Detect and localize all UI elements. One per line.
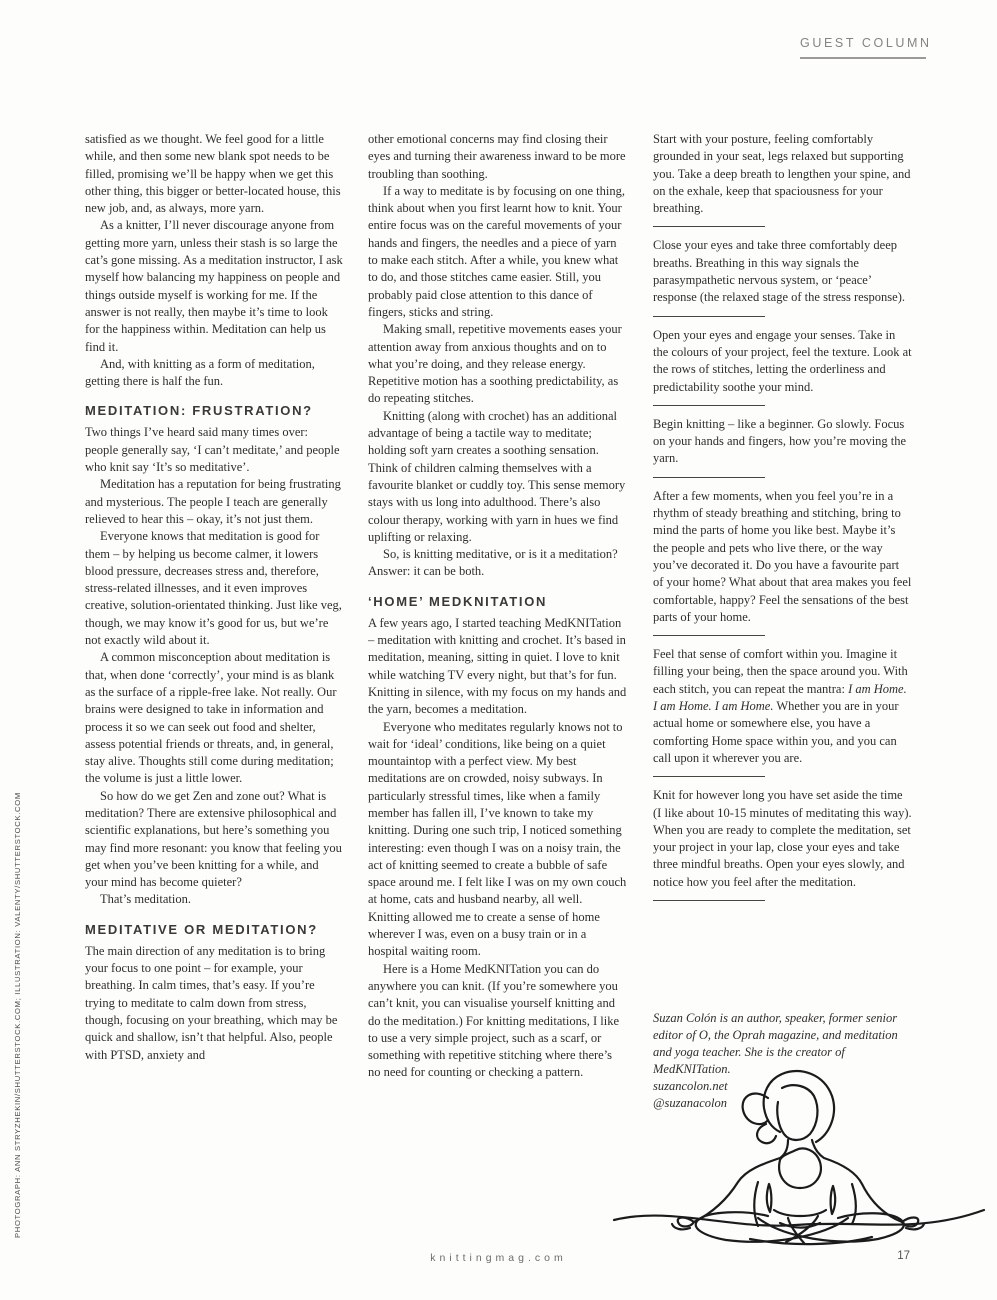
footer-website: knittingmag.com [0, 1252, 997, 1264]
body-paragraph: Here is a Home MedKNITation you can do a… [368, 961, 627, 1082]
body-paragraph: A common misconception about meditation … [85, 649, 344, 787]
section-heading: ‘HOME’ MEDKNITATION [368, 594, 627, 610]
body-paragraph: Start with your posture, feeling comfort… [653, 131, 912, 217]
body-paragraph: satisfied as we thought. We feel good fo… [85, 131, 344, 217]
body-paragraph: So, is knitting meditative, or is it a m… [368, 546, 627, 581]
body-paragraph: Open your eyes and engage your senses. T… [653, 327, 912, 396]
body-paragraph: Meditation has a reputation for being fr… [85, 476, 344, 528]
paragraph-divider [653, 226, 765, 227]
paragraph-divider [653, 635, 765, 636]
body-paragraph: Two things I’ve heard said many times ov… [85, 424, 344, 476]
body-paragraph: other emotional concerns may find closin… [368, 131, 627, 183]
section-header-label: GUEST COLUMN [800, 36, 932, 50]
section-heading: MEDITATION: FRUSTRATION? [85, 403, 344, 419]
body-paragraph: The main direction of any meditation is … [85, 943, 344, 1064]
meditation-illustration [610, 1062, 990, 1250]
body-paragraph: If a way to meditate is by focusing on o… [368, 183, 627, 321]
section-heading: MEDITATIVE OR MEDITATION? [85, 922, 344, 938]
article-column-2: other emotional concerns may find closin… [368, 131, 627, 1253]
body-paragraph: And, with knitting as a form of meditati… [85, 356, 344, 391]
paragraph-divider [653, 776, 765, 777]
body-paragraph: Feel that sense of comfort within you. I… [653, 646, 912, 767]
paragraph-divider [653, 316, 765, 317]
magazine-page: GUEST COLUMN PHOTOGRAPH: ANN STRYZHEKIN/… [0, 0, 997, 1300]
meditating-woman-drawing [610, 1062, 990, 1250]
body-paragraph: Close your eyes and take three comfortab… [653, 237, 912, 306]
body-paragraph: As a knitter, I’ll never discourage anyo… [85, 217, 344, 355]
article-column-1: satisfied as we thought. We feel good fo… [85, 131, 344, 1253]
body-paragraph: Begin knitting – like a beginner. Go slo… [653, 416, 912, 468]
body-paragraph: After a few moments, when you feel you’r… [653, 488, 912, 626]
article-column-3: Start with your posture, feeling comfort… [653, 131, 912, 1011]
body-paragraph: Everyone who meditates regularly knows n… [368, 719, 627, 961]
page-section-header: GUEST COLUMN [800, 36, 926, 59]
body-paragraph: Knitting (along with crochet) has an add… [368, 408, 627, 546]
paragraph-divider [653, 405, 765, 406]
body-paragraph: That’s meditation. [85, 891, 344, 908]
paragraph-divider [653, 477, 765, 478]
body-paragraph: Knit for however long you have set aside… [653, 787, 912, 891]
photo-credit-vertical: PHOTOGRAPH: ANN STRYZHEKIN/SHUTTERSTOCK.… [13, 786, 22, 1238]
paragraph-divider [653, 900, 765, 901]
body-paragraph: Everyone knows that meditation is good f… [85, 528, 344, 649]
body-paragraph: So how do we get Zen and zone out? What … [85, 788, 344, 892]
body-paragraph: Making small, repetitive movements eases… [368, 321, 627, 407]
body-paragraph: A few years ago, I started teaching MedK… [368, 615, 627, 719]
page-number: 17 [897, 1250, 910, 1262]
